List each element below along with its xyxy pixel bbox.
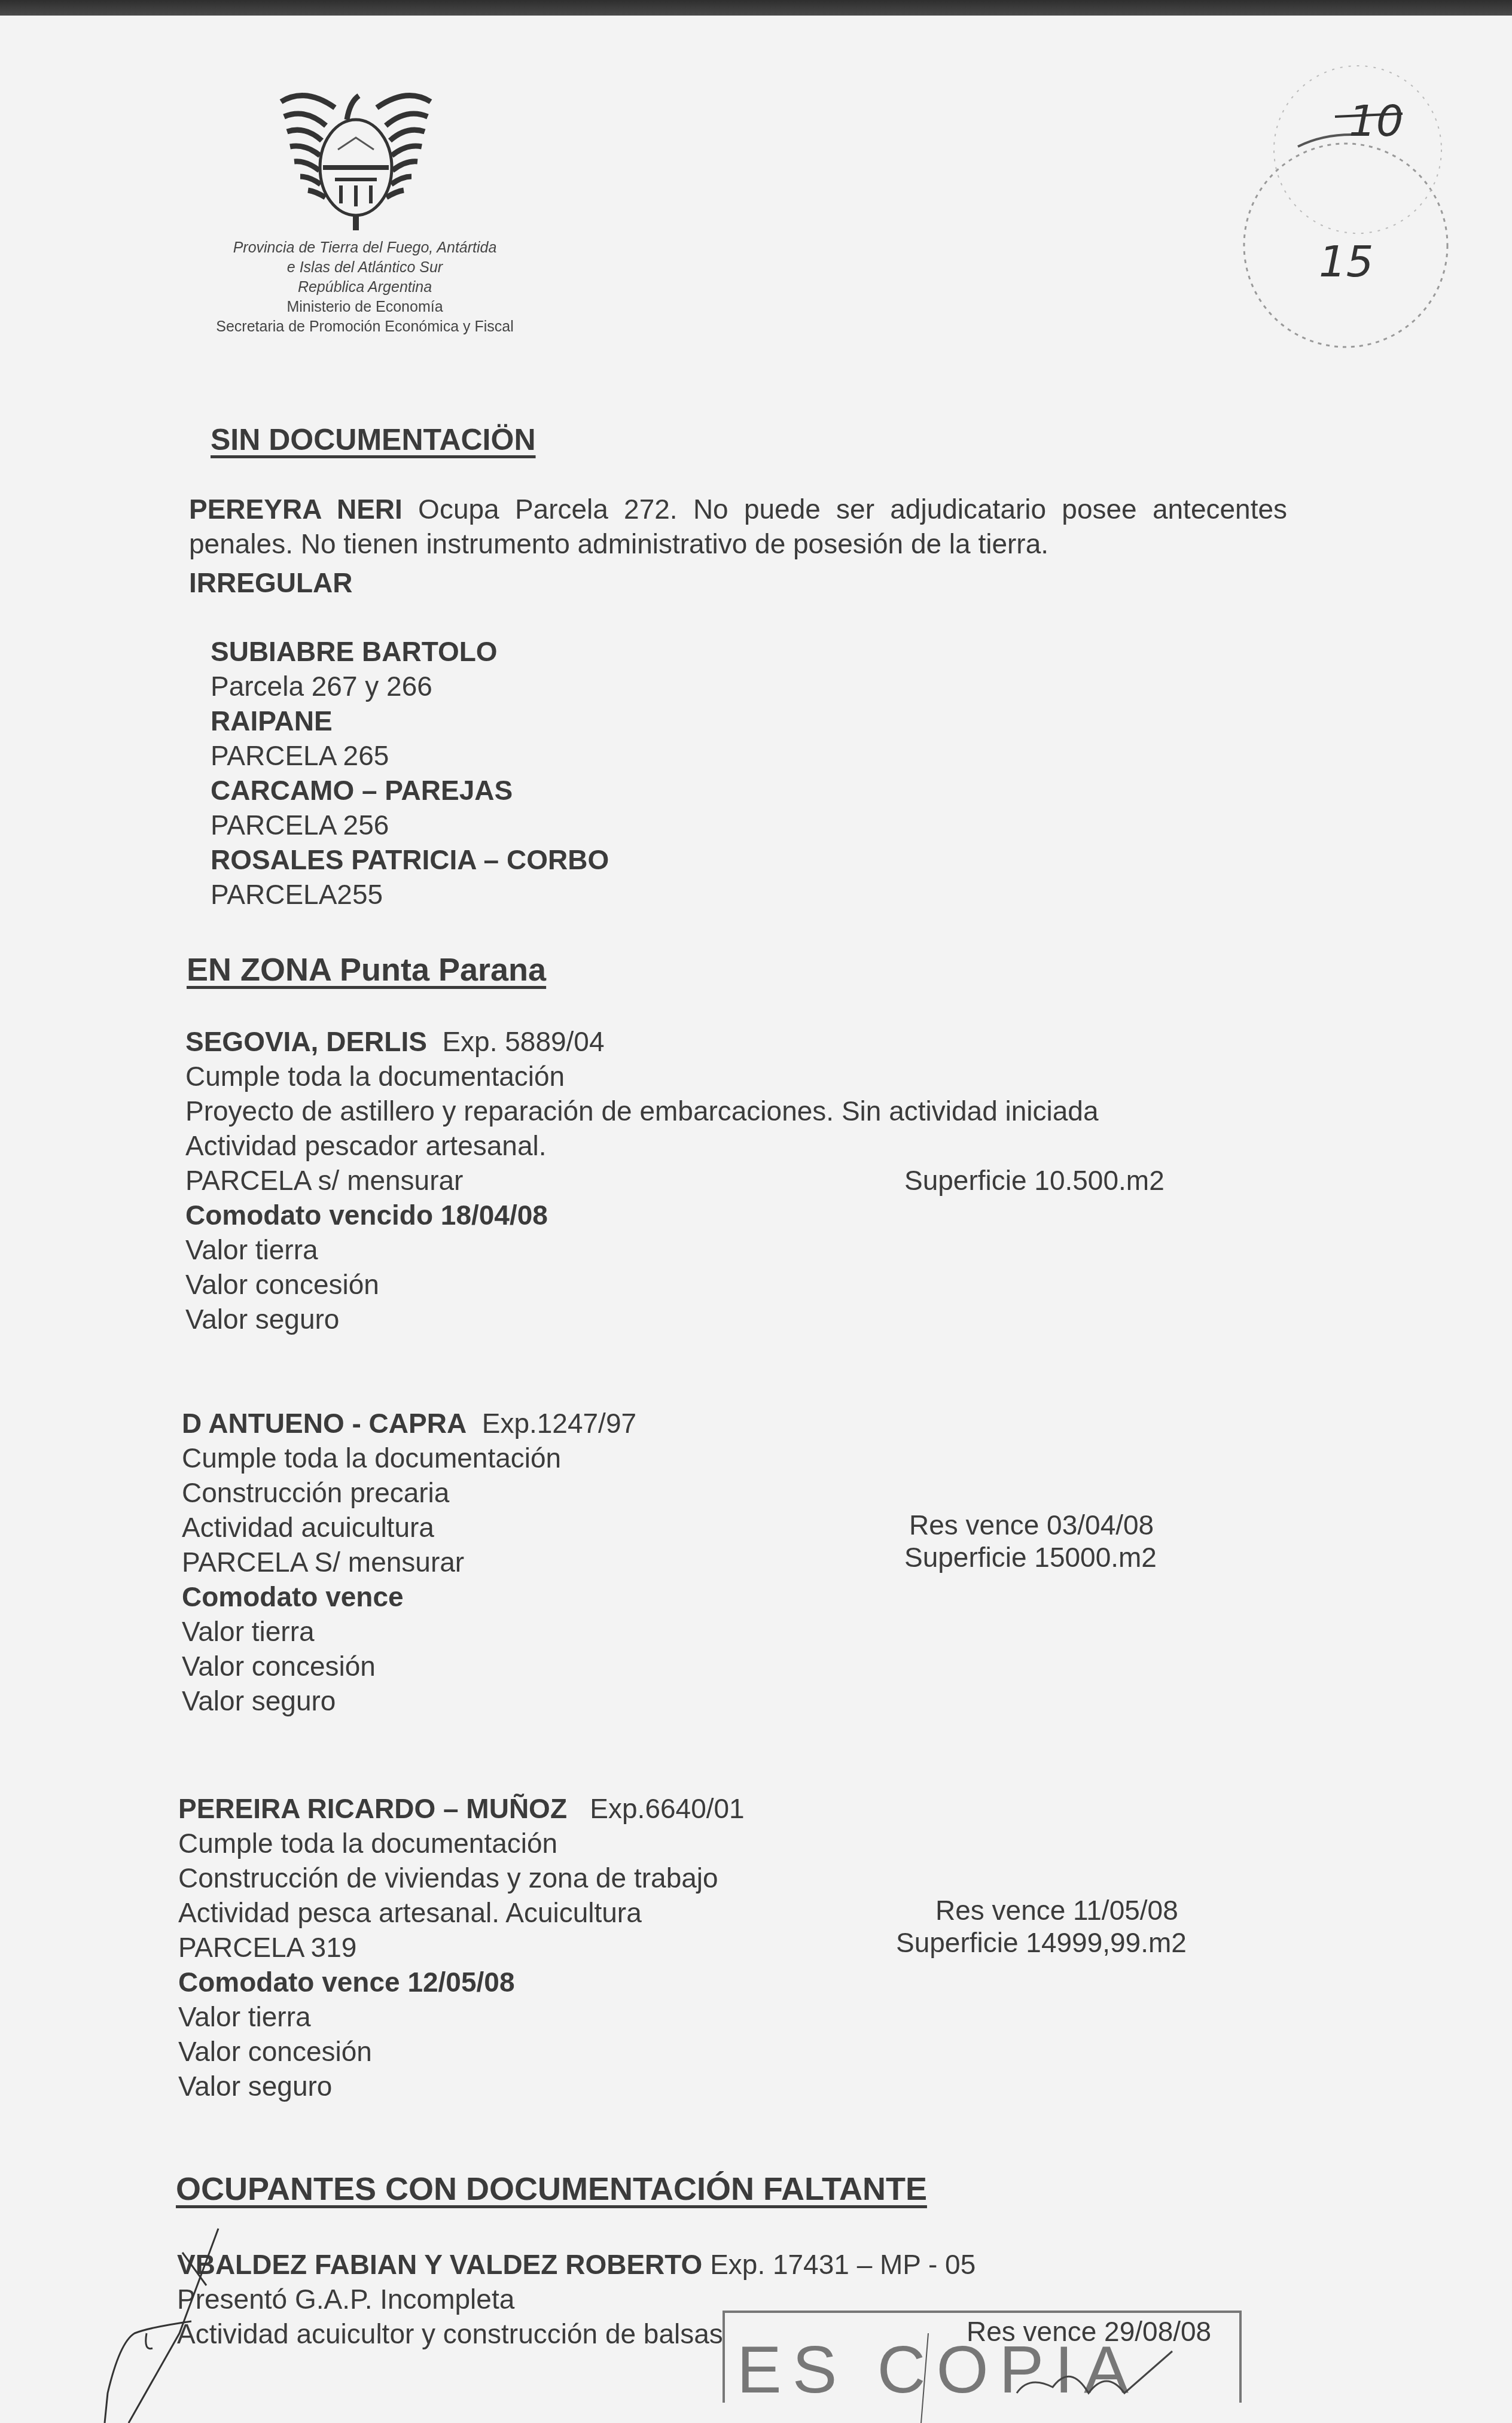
entry-exp: Exp.1247/97 — [482, 1408, 636, 1439]
folio-stamp: 10 15 — [1226, 60, 1495, 359]
letterhead-ministry: Ministerio de Economía — [179, 297, 550, 317]
entry-valor: Valor concesión — [182, 1649, 376, 1684]
coat-of-arms-logo — [269, 84, 443, 233]
occupant-parcela: PARCELA 256 — [211, 808, 389, 842]
entry-comodato: Comodato vence 12/05/08 — [178, 1965, 514, 1999]
entry-valor: Valor tierra — [185, 1232, 318, 1267]
entry-header: SEGOVIA, DERLIS Exp. 5889/04 — [185, 1024, 605, 1059]
entry-res-vence: Res vence 03/04/08 — [909, 1508, 1154, 1542]
entry-superficie: Superficie 15000.m2 — [904, 1540, 1157, 1575]
folio-number: 15 — [1319, 236, 1374, 287]
entry-valor: Valor concesión — [178, 2034, 372, 2069]
occupant-parcela: Parcela 267 y 266 — [211, 669, 432, 704]
folio-number-crossed: 10 — [1349, 96, 1404, 146]
entry-name: PEREIRA RICARDO – MUÑOZ — [178, 1793, 567, 1824]
occupant-parcela: PARCELA255 — [211, 877, 383, 912]
entry-line: Proyecto de astillero y reparación de em… — [185, 1094, 1099, 1128]
occupant-parcela: PARCELA 265 — [211, 738, 389, 773]
entry-line: Construcción precaria — [182, 1475, 449, 1510]
entry-valor: Valor tierra — [182, 1614, 315, 1649]
entry-valor: Valor concesión — [185, 1267, 379, 1302]
letterhead-country: República Argentina — [179, 278, 550, 297]
entry-superficie: Superficie 10.500.m2 — [904, 1163, 1165, 1198]
letterhead: Provincia de Tierra del Fuego, Antártida… — [179, 238, 550, 337]
entry-line: PARCELA s/ mensurar — [185, 1163, 463, 1198]
section-title-punta-parana: EN ZONA Punta Parana — [187, 952, 546, 987]
entry-line: Cumple toda la documentación — [182, 1441, 561, 1475]
entry-header: PEREIRA RICARDO – MUÑOZ Exp.6640/01 — [178, 1791, 745, 1826]
pereyra-name: PEREYRA NERI — [189, 494, 403, 525]
occupant-name: CARCAMO – PAREJAS — [211, 773, 513, 808]
occupant-name: RAIPANE — [211, 704, 333, 738]
entry-line: Actividad acuicultura — [182, 1510, 434, 1545]
entry-line: Construcción de viviendas y zona de trab… — [178, 1861, 718, 1895]
entry-name: SEGOVIA, DERLIS — [185, 1026, 427, 1057]
letterhead-islands: e Islas del Atlántico Sur — [179, 258, 550, 278]
occupant-name: ROSALES PATRICIA – CORBO — [211, 842, 609, 877]
entry-valor: Valor seguro — [178, 2069, 332, 2104]
entry-comodato: Comodato vence — [182, 1579, 404, 1614]
entry-line: Cumple toda la documentación — [178, 1826, 557, 1861]
section-title-sin-documentacion: SIN DOCUMENTACIÖN — [211, 422, 536, 457]
entry-exp: Exp.6640/01 — [590, 1793, 744, 1824]
entry-line: Actividad pesca artesanal. Acuicultura — [178, 1895, 642, 1930]
entry-valor: Valor tierra — [178, 1999, 311, 2034]
entry-valor: Valor seguro — [182, 1684, 336, 1718]
entry-line: Actividad pescador artesanal. — [185, 1128, 546, 1163]
entry-line: PARCELA 319 — [178, 1930, 356, 1965]
entry-superficie: Superficie 14999,99.m2 — [896, 1925, 1187, 1960]
entry-res-vence: Res vence 11/05/08 — [935, 1893, 1178, 1928]
letterhead-province: Provincia de Tierra del Fuego, Antártida — [179, 238, 550, 258]
pereyra-paragraph: PEREYRA NERI Ocupa Parcela 272. No puede… — [189, 492, 1287, 561]
section-title-faltante: OCUPANTES CON DOCUMENTACIÓN FALTANTE — [176, 2172, 927, 2206]
entry-header: D ANTUENO - CAPRA Exp.1247/97 — [182, 1406, 636, 1441]
occupant-name: SUBIABRE BARTOLO — [211, 634, 498, 669]
pereyra-status: IRREGULAR — [189, 565, 352, 600]
entry-line: PARCELA S/ mensurar — [182, 1545, 464, 1579]
entry-line: Cumple toda la documentación — [185, 1059, 565, 1094]
entry-valor: Valor seguro — [185, 1302, 339, 1337]
entry-exp: Exp. 5889/04 — [442, 1026, 604, 1057]
entry-comodato: Comodato vencido 18/04/08 — [185, 1198, 548, 1232]
entry-name: D ANTUENO - CAPRA — [182, 1408, 467, 1439]
handwritten-signature-marks — [0, 2214, 1512, 2423]
scan-top-edge — [0, 0, 1512, 16]
letterhead-secretariat: Secretaria de Promoción Económica y Fisc… — [179, 317, 550, 337]
